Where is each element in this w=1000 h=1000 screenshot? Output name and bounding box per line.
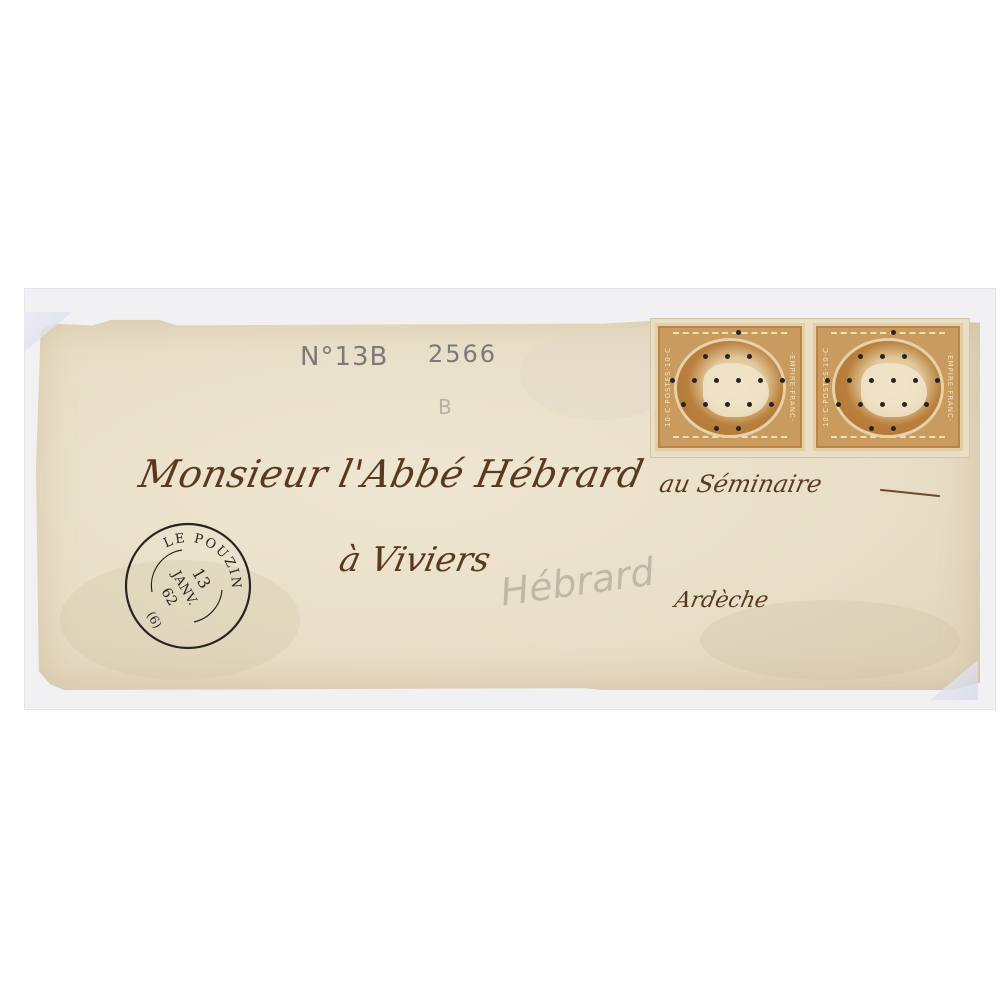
- cancellation-dot: [935, 378, 940, 383]
- cancellation-dot: [758, 378, 763, 383]
- stamp-border-pattern: [831, 436, 945, 444]
- cancellation-dot: [902, 354, 907, 359]
- cancellation-dot: [736, 426, 741, 431]
- address-line-department: Ardèche: [672, 588, 770, 613]
- stamp: 10·C·POSTES·10·C ·EMPIRE·FRANC·: [813, 323, 963, 451]
- stamp-value-text: 10·C·POSTES·10·C: [664, 347, 672, 427]
- cancellation-dot: [836, 402, 841, 407]
- cancellation-dot: [891, 426, 896, 431]
- cancellation-dot: [747, 402, 752, 407]
- portrait-head: [861, 363, 927, 417]
- cancellation-dot: [847, 378, 852, 383]
- cancellation-dot: [913, 378, 918, 383]
- stamp-medallion: [835, 341, 941, 435]
- cancellation-dot: [880, 402, 885, 407]
- cancellation-dot: [769, 402, 774, 407]
- stamp: 10·C·POSTES·10·C ·EMPIRE·FRANC·: [655, 323, 805, 451]
- cancellation-dot: [869, 378, 874, 383]
- postmark-circle-icon: LE POUZIN 13 JANV. 62 (6): [122, 520, 254, 652]
- pencil-reference-note: N°13B: [300, 342, 388, 372]
- address-line-recipient: Monsieur l'Abbé Hébrard: [135, 452, 648, 496]
- cancellation-dot: [736, 330, 741, 335]
- stamp-country-text: ·EMPIRE·FRANC·: [788, 352, 796, 422]
- pencil-number-note: 2566: [428, 340, 497, 368]
- cancellation-dot: [736, 378, 741, 383]
- cancellation-dot: [747, 354, 752, 359]
- cancellation-dot: [891, 330, 896, 335]
- stamp-pair: 10·C·POSTES·10·C ·EMPIRE·FRANC· 10·C·POS…: [650, 318, 970, 458]
- cancellation-dot: [891, 378, 896, 383]
- cancellation-dot: [681, 402, 686, 407]
- cancellation-dot: [924, 402, 929, 407]
- stamp-country-text: ·EMPIRE·FRANC·: [946, 352, 954, 422]
- address-line-city: à Viviers: [336, 540, 494, 580]
- stamp-value-text: 10·C·POSTES·10·C: [822, 347, 830, 427]
- cancellation-dot: [780, 378, 785, 383]
- cancellation-dot: [858, 402, 863, 407]
- cancellation-dot: [880, 354, 885, 359]
- cancellation-dot: [725, 402, 730, 407]
- cancellation-dot: [670, 378, 675, 383]
- cancellation-dot: [714, 426, 719, 431]
- cancellation-dot: [692, 378, 697, 383]
- stamp-medallion: [677, 341, 783, 435]
- cancellation-dot: [858, 354, 863, 359]
- address-line-institution: au Séminaire: [657, 470, 825, 498]
- stamp-border-pattern: [673, 332, 787, 340]
- pencil-initial-note: B: [438, 395, 452, 419]
- cancellation-dot: [902, 402, 907, 407]
- cancellation-dot: [725, 354, 730, 359]
- cancellation-dot: [703, 402, 708, 407]
- postmark: LE POUZIN 13 JANV. 62 (6): [122, 520, 254, 652]
- cancellation-dot: [869, 426, 874, 431]
- cancellation-dot: [825, 378, 830, 383]
- portrait-head: [703, 363, 769, 417]
- stamp-border-pattern: [831, 332, 945, 340]
- svg-text:(6): (6): [144, 609, 165, 631]
- cancellation-dot: [703, 354, 708, 359]
- stamp-border-pattern: [673, 436, 787, 444]
- cancellation-dot: [714, 378, 719, 383]
